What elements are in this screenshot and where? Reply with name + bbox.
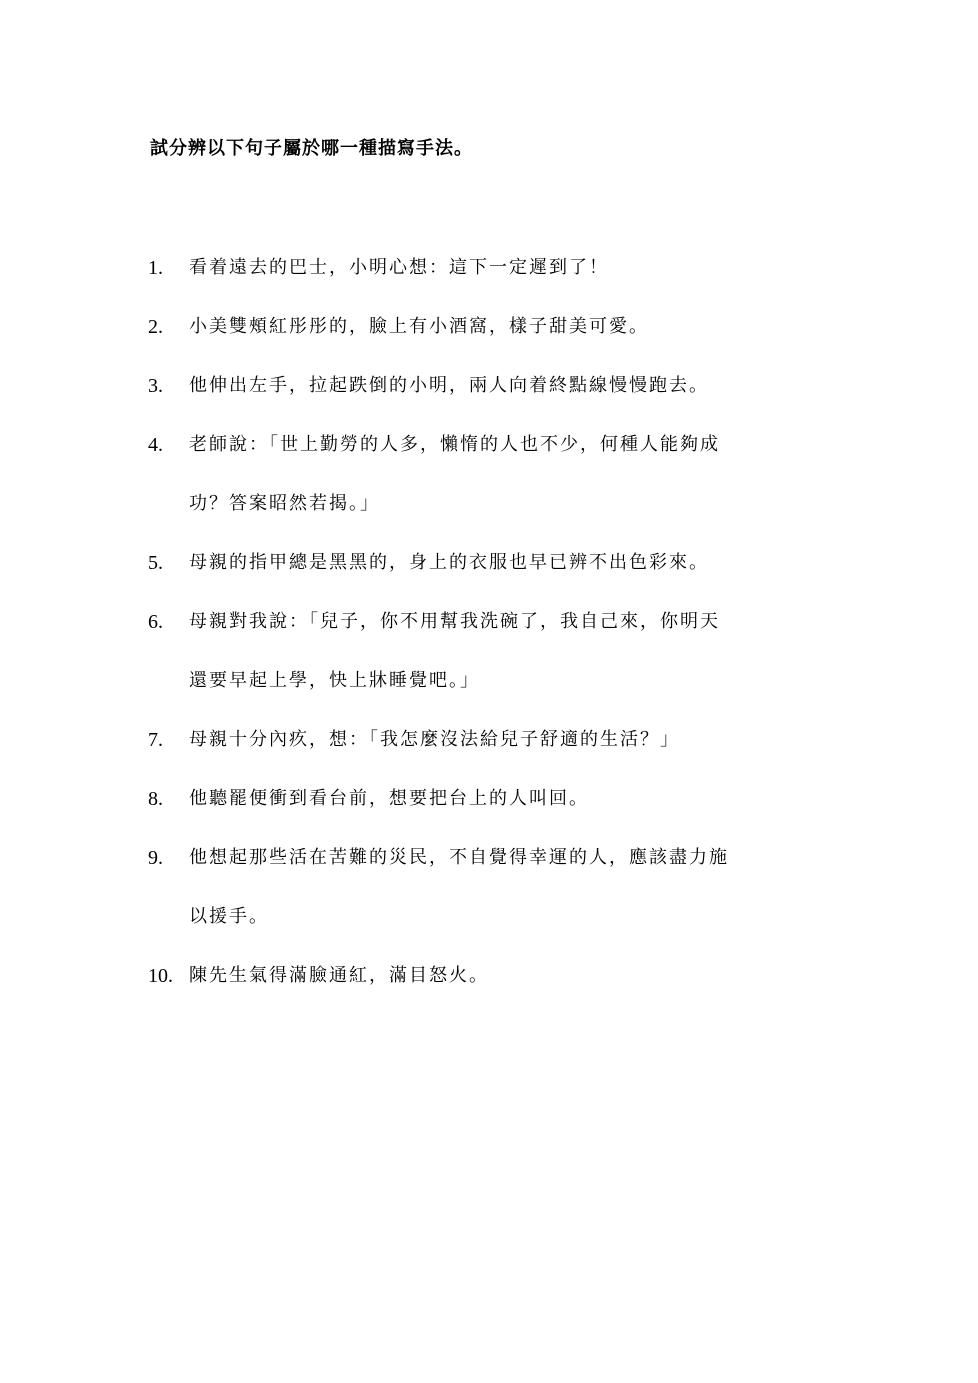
item-number: 5. bbox=[148, 548, 189, 607]
item-number: 2. bbox=[148, 312, 189, 371]
list-item-6: 6. 母親對我說：「兒子，你不用幫我洗碗了，我自己來，你明天 還要早起上學，快上… bbox=[148, 607, 828, 725]
item-text: 陳先生氣得滿臉通紅，滿目怒火。 bbox=[189, 961, 489, 1020]
list-item-10: 10. 陳先生氣得滿臉通紅，滿目怒火。 bbox=[148, 961, 828, 1020]
list-item-7: 7. 母親十分內疚，想：「我怎麼沒法給兒子舒適的生活？」 bbox=[148, 725, 828, 784]
item-text: 母親對我說：「兒子，你不用幫我洗碗了，我自己來，你明天 bbox=[189, 607, 720, 666]
item-number: 6. bbox=[148, 607, 189, 666]
item-number: 10. bbox=[148, 961, 189, 1020]
list-item-8: 8. 他聽罷便衝到看台前，想要把台上的人叫回。 bbox=[148, 784, 828, 843]
item-text: 他聽罷便衝到看台前，想要把台上的人叫回。 bbox=[189, 784, 589, 843]
list-item-3: 3. 他伸出左手，拉起跌倒的小明，兩人向着終點線慢慢跑去。 bbox=[148, 371, 828, 430]
item-text: 老師說：「世上勤勞的人多，懶惰的人也不少，何種人能夠成 bbox=[189, 430, 720, 489]
item-number: 3. bbox=[148, 371, 189, 430]
item-text-continued: 還要早起上學，快上牀睡覺吧。」 bbox=[189, 666, 480, 725]
item-text: 小美雙頰紅彤彤的，臉上有小酒窩，樣子甜美可愛。 bbox=[189, 312, 649, 371]
item-number: 7. bbox=[148, 725, 189, 784]
item-number: 4. bbox=[148, 430, 189, 489]
item-text-continued: 以援手。 bbox=[189, 902, 269, 961]
item-number: 8. bbox=[148, 784, 189, 843]
list-item-5: 5. 母親的指甲總是黑黑的，身上的衣服也早已辨不出色彩來。 bbox=[148, 548, 828, 607]
item-text: 他伸出左手，拉起跌倒的小明，兩人向着終點線慢慢跑去。 bbox=[189, 371, 709, 430]
item-text: 看着遠去的巴士，小明心想：這下一定遲到了！ bbox=[189, 253, 609, 312]
list-item-4: 4. 老師說：「世上勤勞的人多，懶惰的人也不少，何種人能夠成 功？答案昭然若揭。… bbox=[148, 430, 828, 548]
list-item-1: 1. 看着遠去的巴士，小明心想：這下一定遲到了！ bbox=[148, 253, 828, 312]
item-text: 他想起那些活在苦難的災民，不自覺得幸運的人，應該盡力施 bbox=[189, 843, 729, 902]
list-item-2: 2. 小美雙頰紅彤彤的，臉上有小酒窩，樣子甜美可愛。 bbox=[148, 312, 828, 371]
item-number: 1. bbox=[148, 253, 189, 312]
item-text: 母親十分內疚，想：「我怎麼沒法給兒子舒適的生活？」 bbox=[189, 725, 680, 784]
item-text: 母親的指甲總是黑黑的，身上的衣服也早已辨不出色彩來。 bbox=[189, 548, 709, 607]
list-item-9: 9. 他想起那些活在苦難的災民，不自覺得幸運的人，應該盡力施 以援手。 bbox=[148, 843, 828, 961]
page-title: 試分辨以下句子屬於哪一種描寫手法。 bbox=[150, 136, 473, 162]
item-text-continued: 功？答案昭然若揭。」 bbox=[189, 489, 380, 548]
document-page: 試分辨以下句子屬於哪一種描寫手法。 1. 看着遠去的巴士，小明心想：這下一定遲到… bbox=[0, 0, 978, 1383]
question-list: 1. 看着遠去的巴士，小明心想：這下一定遲到了！ 2. 小美雙頰紅彤彤的，臉上有… bbox=[148, 253, 828, 1020]
item-number: 9. bbox=[148, 843, 189, 902]
